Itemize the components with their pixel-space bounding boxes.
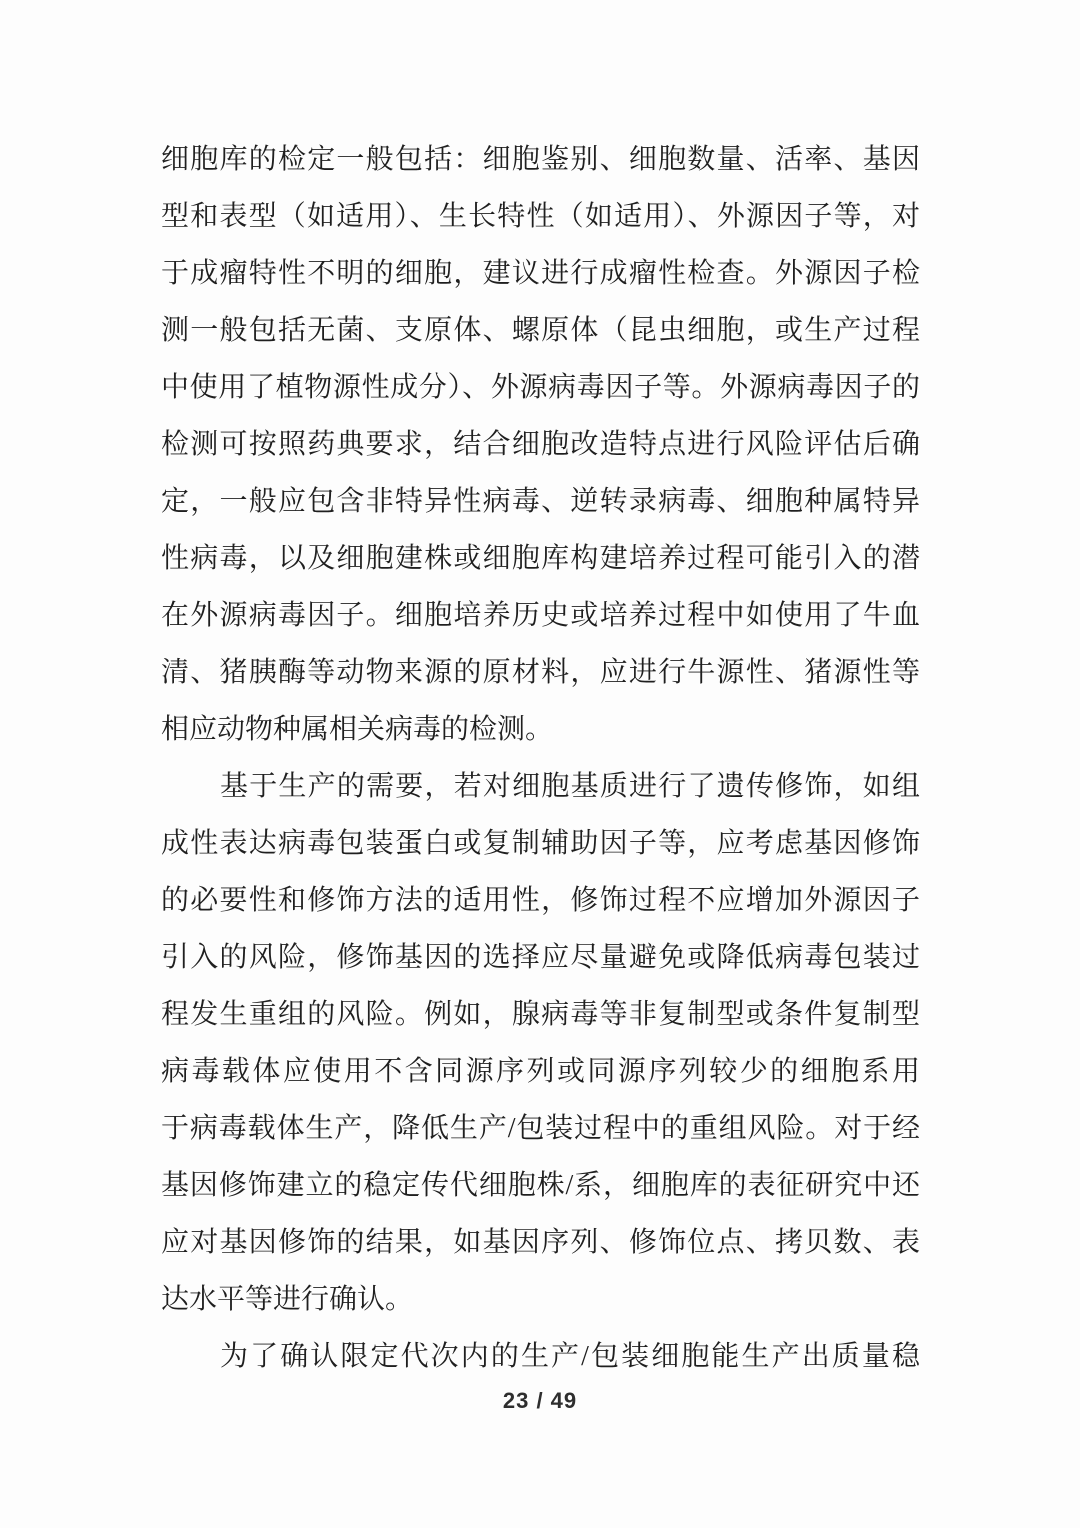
text-line: 细胞库的检定一般包括：细胞鉴别、细胞数量、活率、基因 (161, 131, 920, 188)
text-line: 中使用了植物源性成分）、外源病毒因子等。外源病毒因子的 (161, 359, 920, 416)
document-page: 细胞库的检定一般包括：细胞鉴别、细胞数量、活率、基因 型和表型（如适用）、生长特… (0, 0, 1080, 1528)
text-line: 达水平等进行确认。 (161, 1271, 920, 1328)
text-line: 基于生产的需要，若对细胞基质进行了遗传修饰，如组 (161, 758, 920, 815)
text-line: 检测可按照药典要求，结合细胞改造特点进行风险评估后确 (161, 416, 920, 473)
text-line: 程发生重组的风险。例如，腺病毒等非复制型或条件复制型 (161, 986, 920, 1043)
text-line: 于病毒载体生产，降低生产/包装过程中的重组风险。对于经 (161, 1100, 920, 1157)
text-line: 于成瘤特性不明的细胞，建议进行成瘤性检查。外源因子检 (161, 245, 920, 302)
body-text: 细胞库的检定一般包括：细胞鉴别、细胞数量、活率、基因 型和表型（如适用）、生长特… (161, 131, 920, 1385)
text-line: 成性表达病毒包装蛋白或复制辅助因子等，应考虑基因修饰 (161, 815, 920, 872)
text-line: 定，一般应包含非特异性病毒、逆转录病毒、细胞种属特异 (161, 473, 920, 530)
text-line: 测一般包括无菌、支原体、螺原体（昆虫细胞，或生产过程 (161, 302, 920, 359)
page-number: 23 / 49 (0, 1388, 1080, 1414)
text-line: 清、猪胰酶等动物来源的原材料，应进行牛源性、猪源性等 (161, 644, 920, 701)
text-line: 基因修饰建立的稳定传代细胞株/系，细胞库的表征研究中还 (161, 1157, 920, 1214)
paragraph: 基于生产的需要，若对细胞基质进行了遗传修饰，如组 成性表达病毒包装蛋白或复制辅助… (161, 758, 920, 1328)
paragraph: 为了确认限定代次内的生产/包装细胞能生产出质量稳 (161, 1328, 920, 1385)
text-line: 型和表型（如适用）、生长特性（如适用）、外源因子等，对 (161, 188, 920, 245)
text-line: 性病毒，以及细胞建株或细胞库构建培养过程可能引入的潜 (161, 530, 920, 587)
text-line: 相应动物种属相关病毒的检测。 (161, 701, 920, 758)
text-line: 的必要性和修饰方法的适用性，修饰过程不应增加外源因子 (161, 872, 920, 929)
text-line: 应对基因修饰的结果，如基因序列、修饰位点、拷贝数、表 (161, 1214, 920, 1271)
text-line: 为了确认限定代次内的生产/包装细胞能生产出质量稳 (161, 1328, 920, 1385)
text-line: 病毒载体应使用不含同源序列或同源序列较少的细胞系用 (161, 1043, 920, 1100)
text-line: 在外源病毒因子。细胞培养历史或培养过程中如使用了牛血 (161, 587, 920, 644)
paragraph: 细胞库的检定一般包括：细胞鉴别、细胞数量、活率、基因 型和表型（如适用）、生长特… (161, 131, 920, 758)
text-line: 引入的风险，修饰基因的选择应尽量避免或降低病毒包装过 (161, 929, 920, 986)
